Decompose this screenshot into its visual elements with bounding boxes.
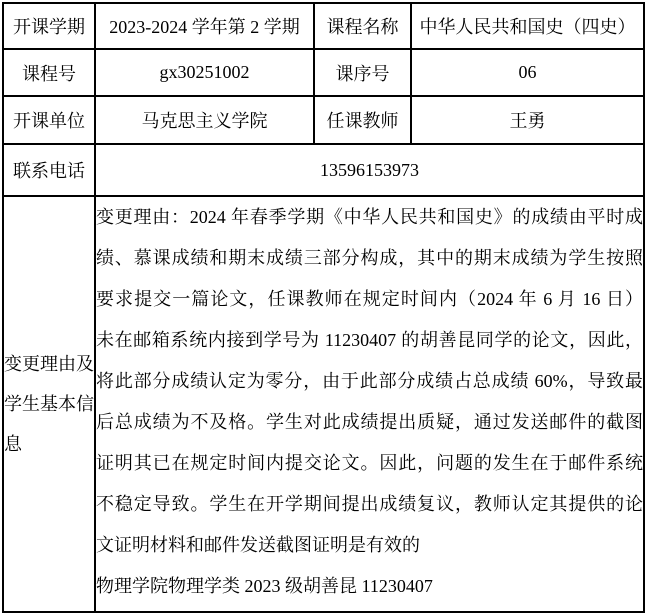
notice-line: 将此部分成绩认定为零分，由于此部分成绩占总成绩 60%，导致最	[96, 361, 643, 402]
change-reason-lines: 变更理由：2024 年春季学期《中华人民共和国史》的成绩由平时成绩、慕课成绩和期…	[96, 197, 643, 607]
field-label-instructor: 任课教师	[314, 96, 411, 144]
notice-line: 证明其已在规定时间内提交论文。因此，问题的发生在于邮件系统	[96, 443, 643, 484]
field-value-department: 马克思主义学院	[95, 96, 314, 144]
table-row-change-reason: 变更理由及学生基本信息 变更理由：2024 年春季学期《中华人民共和国史》的成绩…	[3, 196, 644, 612]
table-row-semester: 开课学期 2023-2024 学年第 2 学期 课程名称 中华人民共和国史（四史…	[3, 3, 644, 49]
field-value-course-number: gx30251002	[95, 49, 314, 96]
change-reason-text: 变更理由：2024 年春季学期《中华人民共和国史》的成绩由平时成绩、慕课成绩和期…	[95, 196, 644, 612]
field-label-course-number: 课程号	[3, 49, 95, 96]
field-label-section-number: 课序号	[314, 49, 411, 96]
notice-line: 文证明材料和邮件发送截图证明是有效的	[96, 525, 643, 566]
table-row-course-number: 课程号 gx30251002 课序号 06	[3, 49, 644, 96]
notice-line: 物理学院物理学类 2023 级胡善昆 11230407	[96, 566, 643, 607]
notice-line: 后总成绩为不及格。学生对此成绩提出质疑，通过发送邮件的截图	[96, 402, 643, 443]
course-change-form: 开课学期 2023-2024 学年第 2 学期 课程名称 中华人民共和国史（四史…	[2, 2, 645, 613]
field-value-section-number: 06	[411, 49, 644, 96]
notice-line: 不稳定导致。学生在开学期间提出成绩复议，教师认定其提供的论	[96, 484, 643, 525]
field-label-department: 开课单位	[3, 96, 95, 144]
field-label-course-name: 课程名称	[314, 3, 411, 49]
table-row-department: 开课单位 马克思主义学院 任课教师 王勇	[3, 96, 644, 144]
field-value-phone: 13596153973	[95, 144, 644, 196]
notice-line: 要求提交一篇论文，任课教师在规定时间内（2024 年 6 月 16 日）	[96, 279, 643, 320]
notice-line: 变更理由：2024 年春季学期《中华人民共和国史》的成绩由平时成	[96, 197, 643, 238]
field-label-change-reason: 变更理由及学生基本信息	[3, 196, 95, 612]
notice-line: 未在邮箱系统内接到学号为 11230407 的胡善昆同学的论文，因此，	[96, 320, 643, 361]
field-value-semester: 2023-2024 学年第 2 学期	[95, 3, 314, 49]
notice-line: 绩、慕课成绩和期末成绩三部分构成，其中的期末成绩为学生按照	[96, 238, 643, 279]
table-row-contact: 联系电话 13596153973	[3, 144, 644, 196]
field-label-semester: 开课学期	[3, 3, 95, 49]
field-value-instructor: 王勇	[411, 96, 644, 144]
field-value-course-name: 中华人民共和国史（四史）	[411, 3, 644, 49]
field-label-phone: 联系电话	[3, 144, 95, 196]
